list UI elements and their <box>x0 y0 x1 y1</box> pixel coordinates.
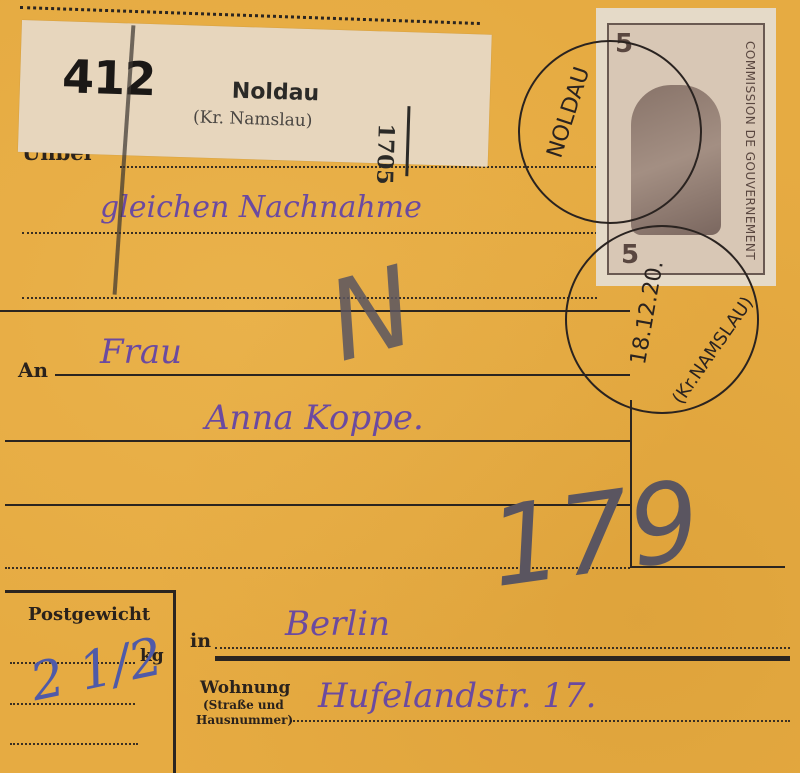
recipient-name: Anna Koppe. <box>205 398 424 438</box>
wohnung-label: Wohnung <box>200 678 290 698</box>
section-divider <box>0 310 630 312</box>
street-line <box>290 720 790 722</box>
label-number: 412 <box>61 49 156 106</box>
unbei-line-2 <box>22 232 597 234</box>
pencil-number: 179 <box>482 456 708 612</box>
registration-label: 412 Noldau (Kr. Namslau) 1705 <box>18 20 492 167</box>
wohnung-sub-2: Hausnummer) <box>196 713 293 727</box>
label-district: (Kr. Namslau) <box>193 107 313 131</box>
city-line <box>215 647 790 649</box>
recipient-street: Hufelandstr. 17. <box>318 676 596 716</box>
address-line-2 <box>5 440 630 442</box>
an-label: An <box>18 358 48 382</box>
an-line <box>55 374 630 376</box>
label-serial: 1705 <box>371 123 399 185</box>
unbei-handwritten-2: gleichen Nachnahme <box>100 190 422 225</box>
parcel-card: Unbei An in Wohnung (Straße und Hausnumm… <box>0 0 800 773</box>
pencil-mark: N <box>315 242 428 387</box>
recipient-title: Frau <box>100 332 182 372</box>
city-underline <box>215 656 790 661</box>
unbei-line-3 <box>22 297 597 299</box>
wohnung-sub-1: (Straße und <box>203 698 284 712</box>
recipient-city: Berlin <box>285 604 390 644</box>
postmark-upper <box>518 40 702 224</box>
in-label: in <box>190 630 211 652</box>
weight-label: Postgewicht <box>28 604 150 625</box>
stamp-inscription: COMMISSION DE GOUVERNEMENT <box>743 41 757 260</box>
weight-line-3 <box>10 743 138 745</box>
label-town: Noldau <box>231 79 319 107</box>
